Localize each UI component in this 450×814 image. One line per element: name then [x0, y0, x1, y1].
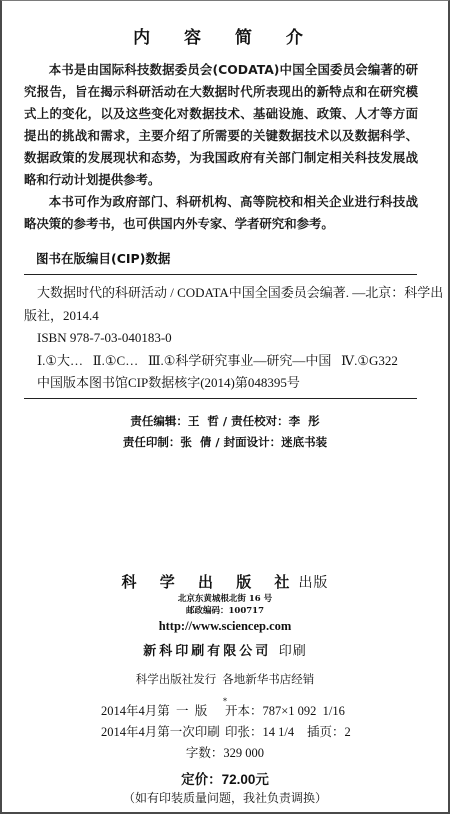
printer-name: 新科印刷有限公司	[143, 644, 271, 659]
distribution-publisher: 科学出版社发行	[136, 672, 217, 686]
cip-classification: Ⅰ.①大… Ⅱ.①C… Ⅲ.①科学研究事业—研究—中国 Ⅳ.①G322	[24, 350, 418, 373]
spec-edition: 2014年4月第 一 版	[101, 701, 225, 722]
credits: 责任编辑：王 哲 / 责任校对：李 彤 责任印制：张 倩 / 封面设计：迷底书装	[2, 411, 448, 453]
cip-block: 大数据时代的科研活动 / CODATA中国全国委员会编著. —北京：科学出 版社…	[24, 282, 418, 395]
spec-printing: 2014年4月第一次印刷	[101, 722, 225, 743]
quality-note: （如有印装质量问题，我社负责调换）	[2, 789, 448, 806]
intro-paragraph: 本书可作为政府部门、科研机构、高等院校和相关企业进行科技战略决策的参考书，也可供…	[24, 191, 418, 235]
cip-title-line: 大数据时代的科研活动 / CODATA中国全国委员会编著. —北京：科学出	[24, 282, 418, 305]
publisher-url[interactable]: http://www.sciencep.com	[2, 617, 448, 635]
price: 定价：72.00元	[2, 768, 448, 788]
publisher-block: 科 学 出 版 社出版 北京东黄城根北街 16 号 邮政编码：100717 ht…	[2, 572, 448, 707]
spec-plates: 插页：2	[307, 722, 351, 743]
specs-block: 2014年4月第 一 版 开本：787×1 092 1/16 2014年4月第一…	[2, 701, 448, 764]
spec-sheets: 印张：14 1/4	[225, 722, 307, 743]
publisher-address: 北京东黄城根北街 16 号	[2, 593, 448, 605]
publisher-postcode: 邮政编码：100717	[2, 605, 448, 617]
divider	[24, 274, 417, 275]
spec-format: 开本：787×1 092 1/16	[225, 701, 345, 722]
cip-heading: 图书在版编目(CIP)数据	[36, 249, 170, 267]
credits-editor-line: 责任编辑：王 哲 / 责任校对：李 彤	[2, 411, 448, 432]
publisher-name-suffix: 出版	[298, 575, 328, 591]
intro-title: 内 容 简 介	[2, 23, 448, 48]
credits-print-line: 责任印制：张 倩 / 封面设计：迷底书装	[2, 432, 448, 453]
intro-body: 本书是由国际科技数据委员会(CODATA)中国全国委员会编著的研究报告，旨在揭示…	[24, 59, 418, 235]
cip-number: 中国版本图书馆CIP数据核字(2014)第048395号	[24, 372, 418, 395]
publisher-name: 科 学 出 版 社	[122, 573, 299, 591]
spec-word-count: 字数：329 000	[186, 743, 264, 764]
copyright-page: 内 容 简 介 本书是由国际科技数据委员会(CODATA)中国全国委员会编著的研…	[0, 0, 450, 814]
printer-suffix: 印刷	[279, 644, 307, 659]
cip-publisher-line: 版社，2014.4	[24, 305, 418, 328]
divider	[24, 398, 417, 399]
distribution-stores: 各地新华书店经销	[222, 672, 314, 686]
intro-paragraph: 本书是由国际科技数据委员会(CODATA)中国全国委员会编著的研究报告，旨在揭示…	[24, 59, 418, 191]
cip-isbn: ISBN 978-7-03-040183-0	[24, 327, 418, 350]
